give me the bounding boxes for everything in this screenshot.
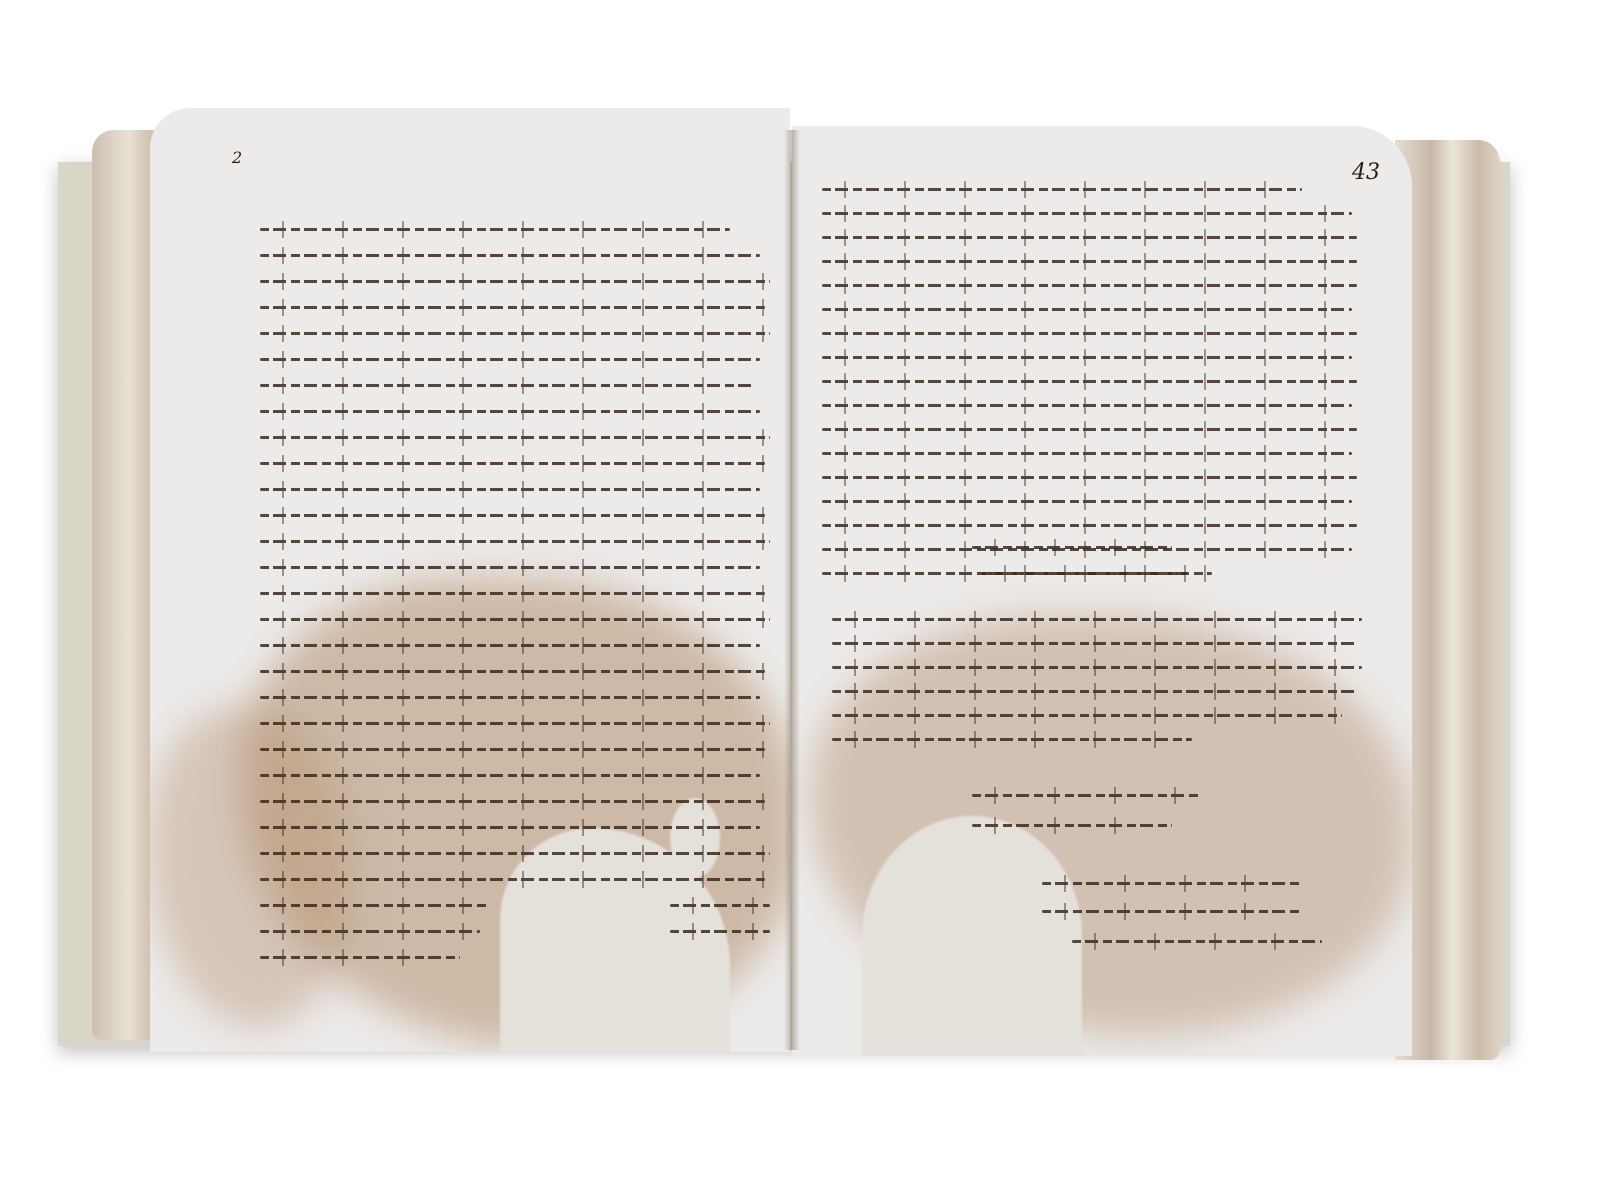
handwriting-line (1072, 940, 1322, 943)
handwriting-line (260, 358, 760, 361)
handwriting-line (832, 738, 1192, 741)
handwriting-line (260, 670, 765, 673)
right-page-signature (972, 794, 1212, 854)
handwriting-line (260, 826, 760, 829)
handwriting-line (260, 748, 765, 751)
handwriting-line (972, 546, 1172, 549)
right-page-centered-lines (972, 546, 1212, 606)
handwriting-line (260, 878, 765, 881)
handwriting-line (972, 794, 1202, 797)
handwriting-line (260, 644, 760, 647)
handwriting-line (670, 930, 770, 933)
handwriting-line (832, 714, 1342, 717)
left-page: 2 (150, 108, 790, 1052)
handwriting-line (832, 666, 1362, 669)
handwriting-line (260, 332, 770, 335)
handwriting-line (260, 540, 770, 543)
handwriting-line (832, 642, 1357, 645)
handwriting-line (260, 228, 730, 231)
right-page-bottom-lines (1042, 882, 1342, 962)
handwriting-line (260, 384, 755, 387)
left-page-text (260, 218, 780, 918)
book-gutter (784, 130, 800, 1050)
handwriting-line (260, 618, 770, 621)
handwriting-line (982, 572, 1187, 575)
handwriting-line (822, 332, 1357, 335)
handwriting-line (822, 308, 1352, 311)
right-page-upper-paragraph (822, 188, 1362, 548)
handwriting-line (260, 514, 765, 517)
handwriting-line (260, 904, 490, 907)
handwriting-line (822, 428, 1357, 431)
handwriting-line (972, 824, 1172, 827)
manuscript-photo: 2 (0, 0, 1600, 1200)
handwriting-line (260, 800, 765, 803)
corner-mark: 2 (232, 148, 242, 167)
handwriting-line (260, 722, 770, 725)
handwriting-line (832, 690, 1357, 693)
handwriting-line (260, 488, 760, 491)
handwriting-line (822, 404, 1352, 407)
handwriting-line (1042, 882, 1302, 885)
handwriting-line (832, 618, 1362, 621)
handwriting-line (822, 476, 1357, 479)
handwriting-line (822, 284, 1357, 287)
handwriting-line (822, 380, 1357, 383)
right-page: 43 (792, 126, 1412, 1056)
handwriting-line (822, 452, 1352, 455)
handwriting-line (822, 356, 1352, 359)
handwriting-line (260, 436, 770, 439)
handwriting-line (822, 524, 1357, 527)
handwriting-line (260, 592, 765, 595)
handwriting-line (260, 852, 770, 855)
handwriting-line (260, 254, 760, 257)
handwriting-line (260, 280, 770, 283)
handwriting-line (822, 188, 1302, 191)
folio-number: 43 (1352, 160, 1380, 185)
handwriting-line (670, 904, 770, 907)
handwriting-line (260, 410, 760, 413)
handwriting-line (822, 260, 1357, 263)
handwriting-line (1042, 910, 1302, 913)
handwriting-line (822, 236, 1357, 239)
handwriting-line (822, 500, 1352, 503)
handwriting-line (260, 306, 765, 309)
handwriting-line (260, 930, 480, 933)
handwriting-line (822, 212, 1352, 215)
handwriting-line (260, 696, 760, 699)
handwriting-line (260, 566, 760, 569)
handwriting-line (260, 462, 765, 465)
handwriting-line (260, 956, 460, 959)
handwriting-line (260, 774, 760, 777)
